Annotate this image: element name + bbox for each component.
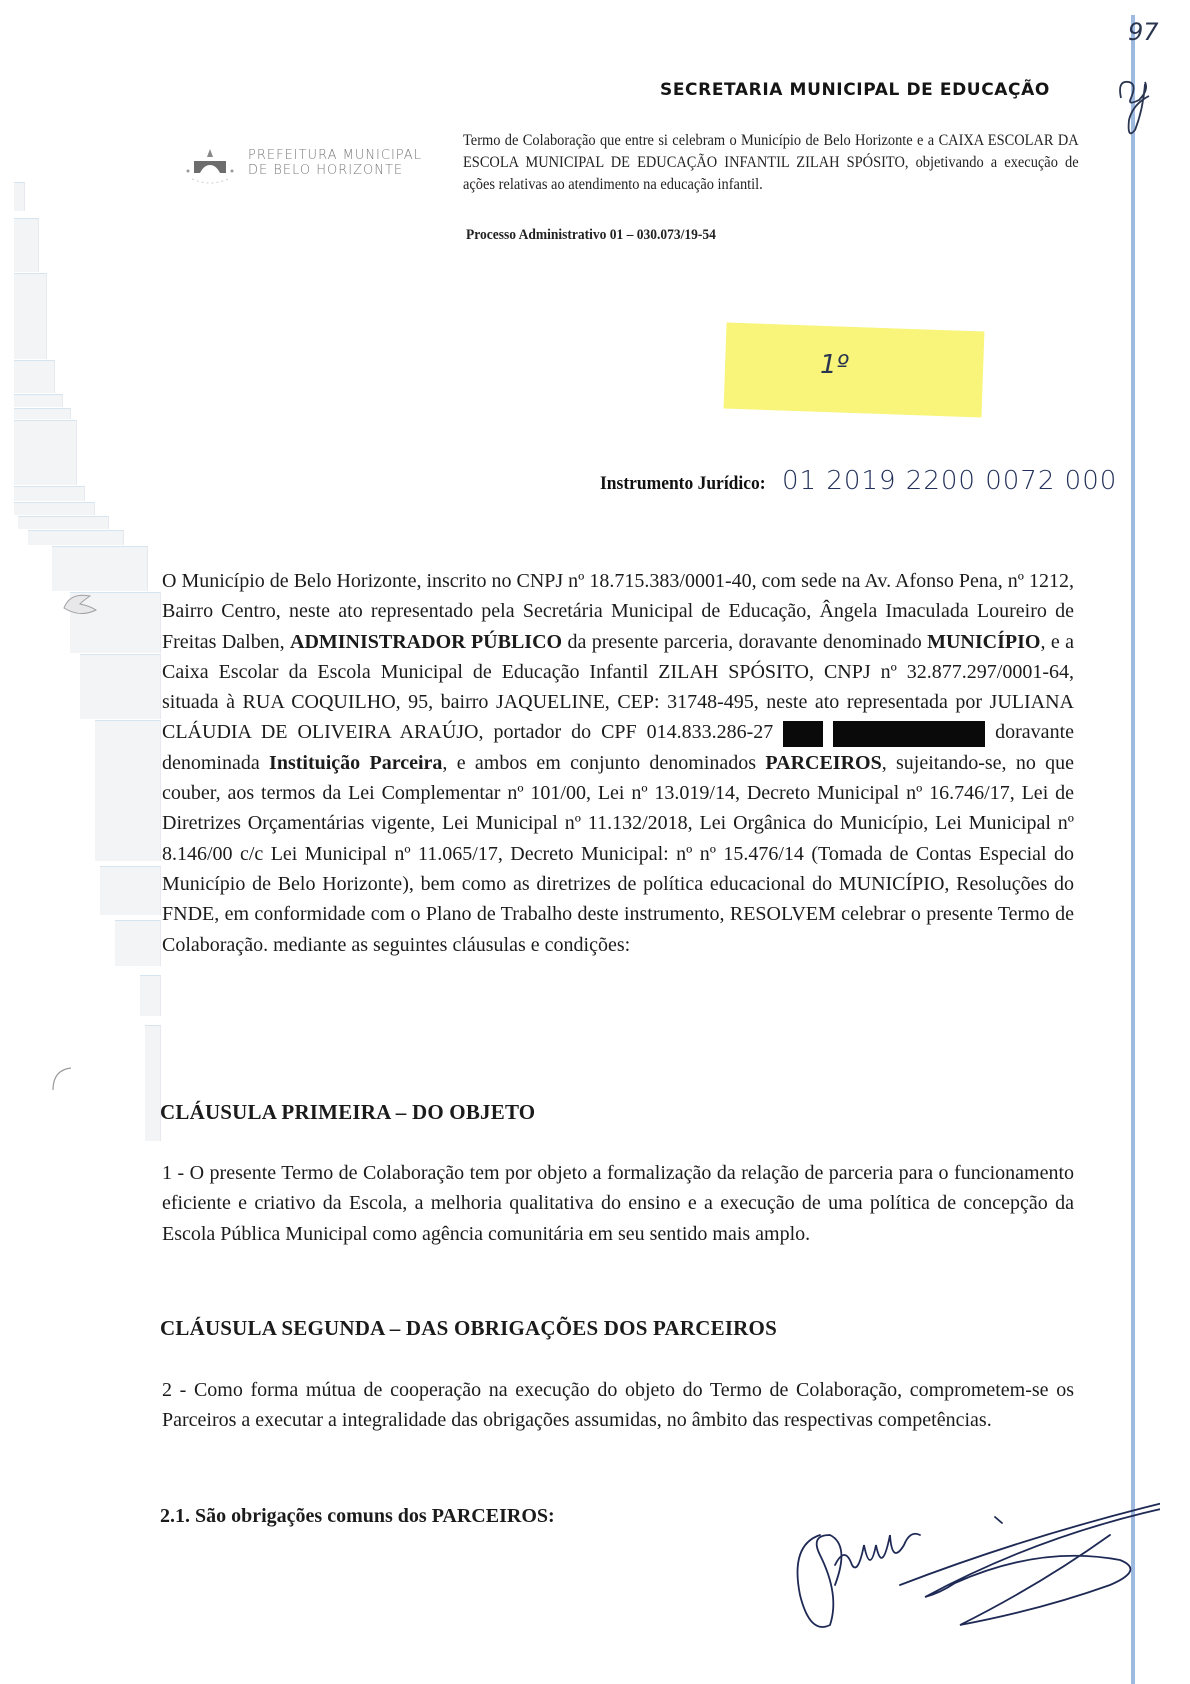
- scan-arc-mark: [45, 1060, 85, 1100]
- redaction-box: [783, 721, 823, 747]
- preamble-bold: ADMINISTRADOR PÚBLICO: [290, 631, 562, 653]
- clause-2-heading: CLÁUSULA SEGUNDA – DAS OBRIGAÇÕES DOS PA…: [160, 1316, 777, 1341]
- signature-icon: [780, 1475, 1160, 1655]
- redaction-box: [833, 721, 985, 747]
- logo-line-2: DE BELO HORIZONTE: [248, 163, 422, 178]
- scan-blot-mark: [60, 590, 100, 620]
- instrumento-value: 01 2019 2200 0072 000: [782, 466, 1117, 496]
- margin-line: [1131, 15, 1135, 1684]
- preamble-text: , sujeitando-se, no que couber, aos term…: [162, 752, 1074, 956]
- preamble-bold: PARCEIROS: [765, 752, 881, 774]
- preamble-bold: Instituição Parceira: [269, 752, 442, 774]
- clause-2-text: 2 - Como forma mútua de cooperação na ex…: [162, 1375, 1074, 1436]
- preamble-bold: MUNICÍPIO: [927, 631, 1040, 653]
- city-hall-logo-icon: [180, 143, 240, 193]
- process-number: Processo Administrativo 01 – 030.073/19-…: [466, 227, 716, 244]
- clause-1-text: 1 - O presente Termo de Colaboração tem …: [162, 1158, 1074, 1249]
- logo-line-1: PREFEITURA MUNICIPAL: [248, 148, 422, 163]
- sticky-note-text: 1º: [820, 350, 849, 380]
- logo-text: PREFEITURA MUNICIPAL DE BELO HORIZONTE: [248, 148, 422, 178]
- folio-initials-icon: [1115, 70, 1155, 140]
- preamble-text: , e ambos em conjunto denominados: [442, 752, 765, 774]
- subsection-heading: 2.1. São obrigações comuns dos PARCEIROS…: [160, 1505, 555, 1528]
- folio-number: 97: [1128, 18, 1159, 46]
- preamble-paragraph: O Município de Belo Horizonte, inscrito …: [162, 566, 1074, 960]
- preamble-text: da presente parceria, doravante denomina…: [562, 631, 927, 653]
- clause-1-heading: CLÁUSULA PRIMEIRA – DO OBJETO: [160, 1100, 535, 1125]
- department-title: SECRETARIA MUNICIPAL DE EDUCAÇÃO: [660, 80, 1050, 100]
- sticky-note: [724, 323, 985, 418]
- document-subject: Termo de Colaboração que entre si celebr…: [463, 130, 1079, 196]
- instrumento-label: Instrumento Jurídico:: [600, 473, 766, 495]
